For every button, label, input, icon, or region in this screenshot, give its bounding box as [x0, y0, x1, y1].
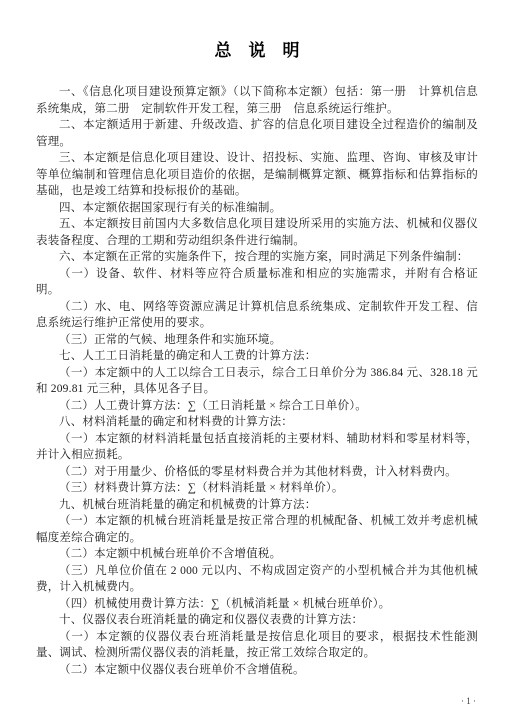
paragraph: （二）人工费计算方法：∑（工日消耗量 × 综合工日单价）。	[36, 398, 478, 415]
paragraph: （二）本定额中机械台班单价不含增值税。	[36, 546, 478, 563]
paragraph: 一、《信息化项目建设预算定额》（以下简称本定额）包括：第一册 计算机信息系统集成…	[36, 84, 478, 117]
paragraph: 三、本定额是信息化项目建设、设计、招投标、实施、监理、咨询、审核及审计等单位编制…	[36, 150, 478, 200]
paragraph: （一）本定额中的人工以综合工日表示，综合工日单价分为 386.84 元、328.…	[36, 365, 478, 398]
paragraph: （三）材料费计算方法：∑（材料消耗量 × 材料单价）。	[36, 480, 478, 497]
paragraph: 十、仪器仪表台班消耗量的确定和仪器仪表费的计算方法：	[36, 612, 478, 629]
paragraph: （三）凡单位价值在 2 000 元以内、不构成固定资产的小型机械合并为其他机械费…	[36, 563, 478, 596]
paragraph: （二）对于用量少、价格低的零星材料费合并为其他材料费，计入材料费内。	[36, 464, 478, 481]
paragraph: （二）本定额中仪器仪表台班单价不含增值税。	[36, 662, 478, 679]
paragraph: 五、本定额按目前国内大多数信息化项目建设所采用的实施方法、机械和仪器仪表装备程度…	[36, 216, 478, 249]
paragraph: （二）水、电、网络等资源应满足计算机信息系统集成、定制软件开发工程、信息系统运行…	[36, 299, 478, 332]
paragraph: 七、人工工日消耗量的确定和人工费的计算方法：	[36, 348, 478, 365]
paragraph: （一）本定额的材料消耗量包括直接消耗的主要材料、辅助材料和零星材料等，并计入相应…	[36, 431, 478, 464]
document-body: 一、《信息化项目建设预算定额》（以下简称本定额）包括：第一册 计算机信息系统集成…	[36, 84, 478, 678]
paragraph: （一）本定额的仪器仪表台班消耗量是按信息化项目的要求，根据技术性能测量、调试、检…	[36, 629, 478, 662]
paragraph: 四、本定额依据国家现行有关的标准编制。	[36, 200, 478, 217]
paragraph: （四）机械使用费计算方法：∑（机械消耗量 × 机械台班单价）。	[36, 596, 478, 613]
paragraph: 六、本定额在正常的实施条件下，按合理的实施方案，同时满足下列条件编制：	[36, 249, 478, 266]
paragraph: （一）设备、软件、材料等应符合质量标准和相应的实施需求，并附有合格证明。	[36, 266, 478, 299]
document-page: 总 说 明 一、《信息化项目建设预算定额》（以下简称本定额）包括：第一册 计算机…	[0, 0, 514, 722]
paragraph: 八、材料消耗量的确定和材料费的计算方法：	[36, 414, 478, 431]
paragraph: 九、机械台班消耗量的确定和机械费的计算方法：	[36, 497, 478, 514]
paragraph: （三）正常的气候、地理条件和实施环境。	[36, 332, 478, 349]
paragraph: （一）本定额的机械台班消耗量是按正常合理的机械配备、机械工效并考虑机械幅度差综合…	[36, 513, 478, 546]
page-title: 总 说 明	[36, 40, 478, 62]
paragraph: 二、本定额适用于新建、升级改造、扩容的信息化项目建设全过程造价的编制及管理。	[36, 117, 478, 150]
page-number: · 1 ·	[461, 696, 476, 706]
